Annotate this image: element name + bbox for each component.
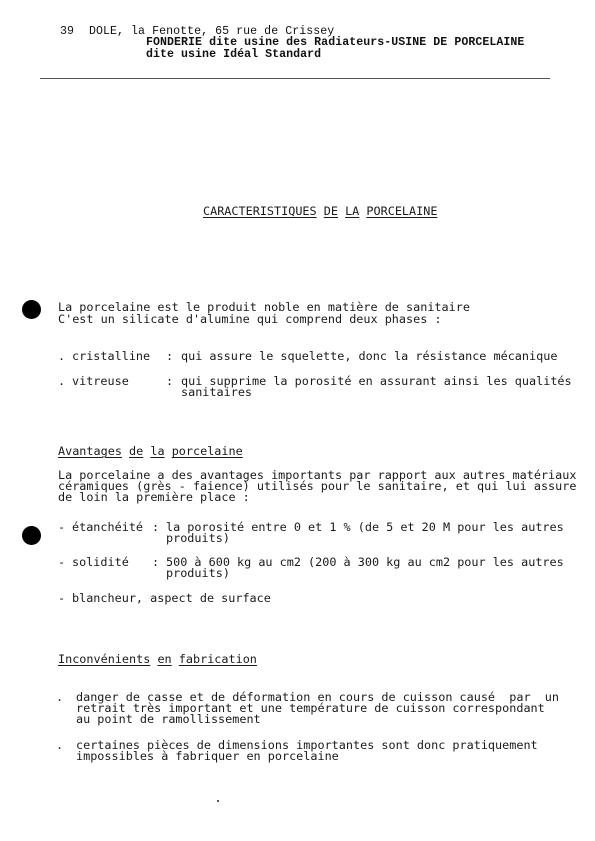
record-designation-line2: dite usine Idéal Standard xyxy=(146,49,321,61)
page-title: CARACTERISTIQUES DE LA PORCELAINE xyxy=(203,206,437,217)
heading-word: de xyxy=(129,444,143,458)
avantage-separator: : xyxy=(152,522,159,533)
avantage-label: étanchéité xyxy=(72,522,143,533)
header-divider xyxy=(40,78,550,79)
intro-line: C'est un silicate d'alumine qui comprend… xyxy=(58,314,442,325)
phase-text: sanitaires xyxy=(181,387,252,398)
section-heading-avantages: Avantages de la porcelaine xyxy=(58,446,243,457)
heading-word: Inconvénients xyxy=(58,652,150,666)
title-word: PORCELAINE xyxy=(366,204,437,218)
inconvenient-line: impossibles à fabriquer en porcelaine xyxy=(76,751,339,762)
avantage-text: produits) xyxy=(166,533,230,544)
heading-word: porcelaine xyxy=(172,444,243,458)
scan-speck xyxy=(217,800,219,802)
margin-bullet-icon xyxy=(22,300,41,319)
avantage-label: solidité xyxy=(72,557,129,568)
avantage-bullet: - xyxy=(58,593,65,604)
record-number: 39 xyxy=(60,26,74,38)
heading-word: fabrication xyxy=(179,652,257,666)
avantage-label: blancheur, aspect de surface xyxy=(72,593,271,604)
avantage-bullet: - xyxy=(58,557,65,568)
avantages-intro-line: de loin la première place : xyxy=(58,492,250,503)
phase-bullet: . xyxy=(58,376,65,387)
phase-label: vitreuse xyxy=(72,376,129,387)
avantage-separator: : xyxy=(152,557,159,568)
avantage-bullet: - xyxy=(58,522,65,533)
phase-bullet: . xyxy=(58,351,65,362)
margin-bullet-icon xyxy=(22,526,41,545)
heading-word: la xyxy=(150,444,164,458)
title-word: LA xyxy=(345,204,359,218)
phase-label: cristalline xyxy=(72,351,150,362)
section-heading-inconvenients: Inconvénients en fabrication xyxy=(58,654,257,665)
phase-separator: : xyxy=(166,376,173,387)
inconvenient-bullet: . xyxy=(56,692,63,703)
title-word: CARACTERISTIQUES xyxy=(203,204,317,218)
phase-separator: : xyxy=(166,351,173,362)
heading-word: Avantages xyxy=(58,444,122,458)
avantage-text: produits) xyxy=(166,568,230,579)
heading-word: en xyxy=(157,652,171,666)
inconvenient-line: au point de ramollissement xyxy=(76,714,261,725)
inconvenient-bullet: . xyxy=(56,740,63,751)
title-word: DE xyxy=(324,204,338,218)
phase-text: qui assure le squelette, donc la résista… xyxy=(181,351,557,362)
